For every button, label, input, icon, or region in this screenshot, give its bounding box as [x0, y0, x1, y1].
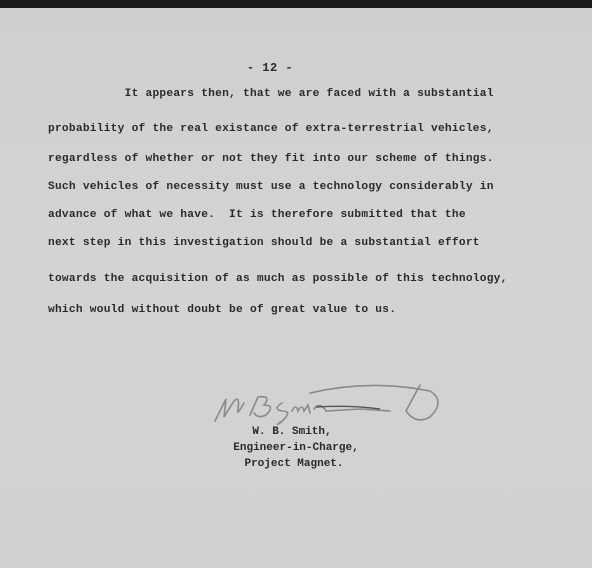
body-line: regardless of whether or not they fit in…	[48, 153, 494, 165]
page-number: - 12 -	[0, 61, 540, 75]
signatory-title: Engineer-in-Charge,	[0, 442, 592, 454]
signatory-name: W. B. Smith,	[0, 426, 588, 438]
signatory-project: Project Magnet.	[0, 458, 590, 470]
body-line: towards the acquisition of as much as po…	[48, 273, 508, 285]
document-page: - 12 - It appears then, that we are face…	[0, 8, 592, 568]
body-line: next step in this investigation should b…	[48, 237, 480, 249]
signature-icon	[210, 381, 450, 431]
scan-top-border	[0, 0, 592, 8]
body-line: which would without doubt be of great va…	[48, 304, 396, 316]
body-line: probability of the real existance of ext…	[48, 123, 494, 135]
body-line: advance of what we have. It is therefore…	[48, 209, 466, 221]
handwritten-signature	[210, 381, 450, 431]
body-line: It appears then, that we are faced with …	[48, 88, 494, 100]
body-line: Such vehicles of necessity must use a te…	[48, 181, 494, 193]
